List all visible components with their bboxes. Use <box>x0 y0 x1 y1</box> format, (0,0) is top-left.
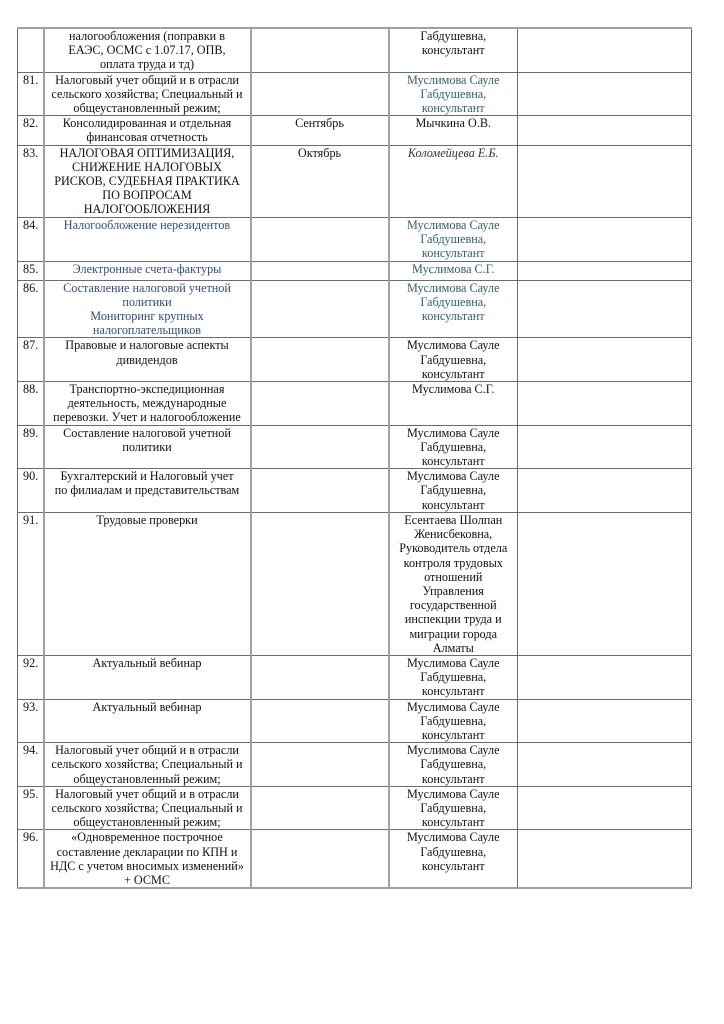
seminar-notes <box>518 145 692 217</box>
seminar-month <box>251 786 389 830</box>
table-row: 94.Налоговый учет общий и в отраслисельс… <box>18 743 692 787</box>
seminar-notes <box>518 786 692 830</box>
seminar-month <box>251 28 389 72</box>
seminar-month <box>251 382 389 426</box>
document-page: налогообложения (поправки вЕАЭС, ОСМС с … <box>0 0 724 1024</box>
seminar-speaker-line: Габдушевна, <box>392 757 516 771</box>
seminar-speaker-line: консультант <box>392 684 516 698</box>
table-row: 84.Налогообложение нерезидентовМуслимова… <box>18 217 692 261</box>
seminar-speaker-line: консультант <box>392 815 516 829</box>
seminar-topic-line: Актуальный вебинар <box>47 700 248 714</box>
seminar-topic-line: сельского хозяйства; Специальный и <box>47 757 248 771</box>
seminar-speaker-line: консультант <box>392 498 516 512</box>
seminar-topic-line: деятельность, международные <box>47 396 248 410</box>
seminar-topic-line: Составление налоговой учетной <box>47 281 248 295</box>
seminar-topic: Актуальный вебинар <box>44 655 251 699</box>
table-row: 82.Консолидированная и отдельнаяфинансов… <box>18 116 692 145</box>
seminar-notes <box>518 655 692 699</box>
row-number: 93. <box>18 699 44 743</box>
seminar-month <box>251 217 389 261</box>
row-number: 92. <box>18 655 44 699</box>
seminar-topic: Актуальный вебинар <box>44 699 251 743</box>
seminar-speaker-line: Управления <box>392 584 516 598</box>
seminar-speaker: Муслимова СаулеГабдушевна,консультант <box>389 786 518 830</box>
seminar-schedule-table: налогообложения (поправки вЕАЭС, ОСМС с … <box>17 27 692 889</box>
seminar-speaker-line: Муслимова С.Г. <box>392 382 516 396</box>
seminar-speaker-line: Габдушевна, <box>392 232 516 246</box>
seminar-notes <box>518 28 692 72</box>
seminar-notes <box>518 699 692 743</box>
table-row: 81.Налоговый учет общий и в отраслисельс… <box>18 72 692 116</box>
seminar-speaker-line: Женисбековна, <box>392 527 516 541</box>
seminar-topic-line: политики <box>47 440 248 454</box>
seminar-speaker-line: Муслимова Сауле <box>392 787 516 801</box>
seminar-topic-line: Трудовые проверки <box>47 513 248 527</box>
seminar-month <box>251 655 389 699</box>
seminar-topic: Составление налоговой учетнойполитикиМон… <box>44 280 251 338</box>
seminar-topic: Составление налоговой учетнойполитики <box>44 425 251 469</box>
table-row: 89.Составление налоговой учетнойполитики… <box>18 425 692 469</box>
seminar-speaker-line: Габдушевна, <box>392 483 516 497</box>
seminar-topic-line: ПО ВОПРОСАМ <box>47 188 248 202</box>
seminar-speaker-line: Мычкина О.В. <box>392 116 516 130</box>
seminar-topic-line: Консолидированная и отдельная <box>47 116 248 130</box>
seminar-notes <box>518 382 692 426</box>
seminar-month <box>251 280 389 338</box>
seminar-topic-line: Актуальный вебинар <box>47 656 248 670</box>
seminar-speaker-line: Габдушевна, <box>392 714 516 728</box>
seminar-speaker-line: Муслимова С.Г. <box>392 262 516 276</box>
seminar-topic-line: налогоплательщиков <box>47 323 248 337</box>
seminar-speaker-line: Муслимова Сауле <box>392 338 516 352</box>
seminar-speaker: Муслимова СаулеГабдушевна,консультант <box>389 338 518 382</box>
seminar-speaker: Муслимова СаулеГабдушевна,консультант <box>389 469 518 513</box>
table-row: 85.Электронные счета-фактурыМуслимова С.… <box>18 261 692 280</box>
seminar-speaker: Муслимова СаулеГабдушевна,консультант <box>389 830 518 888</box>
row-number: 89. <box>18 425 44 469</box>
seminar-topic-line: Налоговый учет общий и в отрасли <box>47 73 248 87</box>
seminar-speaker-line: Муслимова Сауле <box>392 426 516 440</box>
seminar-topic-line: общеустановленный режим; <box>47 101 248 115</box>
seminar-speaker-line: Муслимова Сауле <box>392 700 516 714</box>
seminar-month: Октябрь <box>251 145 389 217</box>
seminar-speaker: Муслимова СаулеГабдушевна,консультант <box>389 699 518 743</box>
seminar-speaker-line: Есентаева Шолпан <box>392 513 516 527</box>
seminar-topic-line: финансовая отчетность <box>47 130 248 144</box>
row-number: 84. <box>18 217 44 261</box>
seminar-topic-line: Налогообложение нерезидентов <box>47 218 248 232</box>
seminar-topic-line: НАЛОГОВАЯ ОПТИМИЗАЦИЯ, <box>47 146 248 160</box>
seminar-topic: Электронные счета-фактуры <box>44 261 251 280</box>
seminar-month <box>251 830 389 888</box>
seminar-topic: «Одновременное построчноесоставление дек… <box>44 830 251 888</box>
seminar-topic-line: Правовые и налоговые аспекты <box>47 338 248 352</box>
seminar-month <box>251 338 389 382</box>
table-row: 86.Составление налоговой учетнойполитики… <box>18 280 692 338</box>
seminar-topic-line: Налоговый учет общий и в отрасли <box>47 787 248 801</box>
seminar-speaker-line: Габдушевна, <box>392 801 516 815</box>
seminar-notes <box>518 469 692 513</box>
seminar-topic-line: ЕАЭС, ОСМС с 1.07.17, ОПВ, <box>47 43 248 57</box>
table-row: 96.«Одновременное построчноесоставление … <box>18 830 692 888</box>
seminar-topic-line: оплата труда и тд) <box>47 57 248 71</box>
seminar-notes <box>518 830 692 888</box>
seminar-speaker: Муслимова СаулеГабдушевна,консультант <box>389 217 518 261</box>
seminar-month <box>251 261 389 280</box>
seminar-speaker-line: Муслимова Сауле <box>392 281 516 295</box>
seminar-speaker-line: Муслимова Сауле <box>392 469 516 483</box>
table-row: налогообложения (поправки вЕАЭС, ОСМС с … <box>18 28 692 72</box>
seminar-topic-line: СНИЖЕНИЕ НАЛОГОВЫХ <box>47 160 248 174</box>
seminar-speaker-line: Габдушевна, <box>392 295 516 309</box>
seminar-topic-line: НДС с учетом вносимых изменений» <box>47 859 248 873</box>
seminar-topic: НАЛОГОВАЯ ОПТИМИЗАЦИЯ,СНИЖЕНИЕ НАЛОГОВЫХ… <box>44 145 251 217</box>
seminar-notes <box>518 512 692 655</box>
seminar-speaker-line: Коломейцева Е.Б. <box>392 146 516 160</box>
seminar-topic-line: общеустановленный режим; <box>47 815 248 829</box>
seminar-notes <box>518 72 692 116</box>
seminar-month <box>251 699 389 743</box>
seminar-speaker: Муслимова С.Г. <box>389 261 518 280</box>
seminar-topic-line: + ОСМС <box>47 873 248 887</box>
seminar-topic: Налоговый учет общий и в отраслисельског… <box>44 72 251 116</box>
seminar-speaker-line: Габдушевна, <box>392 440 516 454</box>
seminar-topic-line: общеустановленный режим; <box>47 772 248 786</box>
seminar-topic-line: налогообложения (поправки в <box>47 29 248 43</box>
seminar-speaker-line: консультант <box>392 246 516 260</box>
row-number: 94. <box>18 743 44 787</box>
seminar-topic-line: Налоговый учет общий и в отрасли <box>47 743 248 757</box>
seminar-topic-line: НАЛОГООБЛОЖЕНИЯ <box>47 202 248 216</box>
seminar-topic-line: сельского хозяйства; Специальный и <box>47 801 248 815</box>
seminar-topic-line: сельского хозяйства; Специальный и <box>47 87 248 101</box>
seminar-speaker-line: консультант <box>392 101 516 115</box>
seminar-speaker-line: консультант <box>392 309 516 323</box>
row-number: 96. <box>18 830 44 888</box>
seminar-speaker-line: контроля трудовых <box>392 556 516 570</box>
seminar-topic-line: Транспортно-экспедиционная <box>47 382 248 396</box>
seminar-topic-line: «Одновременное построчное <box>47 830 248 844</box>
seminar-speaker: Есентаева ШолпанЖенисбековна,Руководител… <box>389 512 518 655</box>
table-row: 92.Актуальный вебинарМуслимова СаулеГабд… <box>18 655 692 699</box>
seminar-speaker-line: государственной <box>392 598 516 612</box>
seminar-topic-line: составление декларации по КПН и <box>47 845 248 859</box>
seminar-topic: Бухгалтерский и Налоговый учетпо филиала… <box>44 469 251 513</box>
seminar-speaker: Муслимова СаулеГабдушевна,консультант <box>389 72 518 116</box>
seminar-notes <box>518 116 692 145</box>
schedule-table-body: налогообложения (поправки вЕАЭС, ОСМС с … <box>18 28 692 888</box>
row-number: 91. <box>18 512 44 655</box>
seminar-speaker-line: консультант <box>392 43 516 57</box>
seminar-speaker-line: Габдушевна, <box>392 845 516 859</box>
seminar-speaker: Муслимова С.Г. <box>389 382 518 426</box>
seminar-topic-line: Бухгалтерский и Налоговый учет <box>47 469 248 483</box>
seminar-topic-line: Электронные счета-фактуры <box>47 262 248 276</box>
seminar-speaker-line: Муслимова Сауле <box>392 218 516 232</box>
seminar-speaker-line: Муслимова Сауле <box>392 73 516 87</box>
seminar-speaker: Муслимова СаулеГабдушевна,консультант <box>389 425 518 469</box>
seminar-notes <box>518 743 692 787</box>
seminar-notes <box>518 280 692 338</box>
seminar-month: Сентябрь <box>251 116 389 145</box>
seminar-speaker-line: Муслимова Сауле <box>392 656 516 670</box>
seminar-notes <box>518 217 692 261</box>
seminar-speaker-line: Муслимова Сауле <box>392 743 516 757</box>
table-row: 91.Трудовые проверкиЕсентаева ШолпанЖени… <box>18 512 692 655</box>
seminar-topic-line: по филиалам и представительствам <box>47 483 248 497</box>
seminar-notes <box>518 425 692 469</box>
seminar-month <box>251 425 389 469</box>
seminar-speaker: Мычкина О.В. <box>389 116 518 145</box>
seminar-topic: Правовые и налоговые аспектыдивидендов <box>44 338 251 382</box>
row-number: 86. <box>18 280 44 338</box>
table-row: 87.Правовые и налоговые аспектыдивидендо… <box>18 338 692 382</box>
row-number: 81. <box>18 72 44 116</box>
seminar-speaker-line: Алматы <box>392 641 516 655</box>
seminar-speaker: Габдушевна,консультант <box>389 28 518 72</box>
seminar-topic: Налогообложение нерезидентов <box>44 217 251 261</box>
seminar-topic: Налоговый учет общий и в отраслисельског… <box>44 786 251 830</box>
seminar-speaker: Муслимова СаулеГабдушевна,консультант <box>389 743 518 787</box>
seminar-topic-line: перевозки. Учет и налогообложение <box>47 410 248 424</box>
seminar-speaker-line: консультант <box>392 728 516 742</box>
seminar-topic-line: Составление налоговой учетной <box>47 426 248 440</box>
seminar-speaker-line: консультант <box>392 859 516 873</box>
seminar-topic: Налоговый учет общий и в отраслисельског… <box>44 743 251 787</box>
row-number <box>18 28 44 72</box>
seminar-speaker-line: миграции города <box>392 627 516 641</box>
seminar-notes <box>518 261 692 280</box>
seminar-topic: Консолидированная и отдельнаяфинансовая … <box>44 116 251 145</box>
seminar-speaker-line: консультант <box>392 772 516 786</box>
row-number: 83. <box>18 145 44 217</box>
seminar-topic-line: Мониторинг крупных <box>47 309 248 323</box>
seminar-speaker-line: консультант <box>392 454 516 468</box>
seminar-month <box>251 743 389 787</box>
seminar-topic: Транспортно-экспедиционнаядеятельность, … <box>44 382 251 426</box>
seminar-topic: налогообложения (поправки вЕАЭС, ОСМС с … <box>44 28 251 72</box>
seminar-speaker-line: консультант <box>392 367 516 381</box>
seminar-speaker: Коломейцева Е.Б. <box>389 145 518 217</box>
seminar-speaker-line: отношений <box>392 570 516 584</box>
seminar-speaker-line: Габдушевна, <box>392 87 516 101</box>
seminar-month <box>251 512 389 655</box>
seminar-speaker-line: Габдушевна, <box>392 353 516 367</box>
row-number: 82. <box>18 116 44 145</box>
row-number: 87. <box>18 338 44 382</box>
seminar-month <box>251 469 389 513</box>
seminar-speaker-line: Габдушевна, <box>392 29 516 43</box>
row-number: 95. <box>18 786 44 830</box>
row-number: 88. <box>18 382 44 426</box>
seminar-speaker-line: Руководитель отдела <box>392 541 516 555</box>
table-row: 93.Актуальный вебинарМуслимова СаулеГабд… <box>18 699 692 743</box>
table-row: 83.НАЛОГОВАЯ ОПТИМИЗАЦИЯ,СНИЖЕНИЕ НАЛОГО… <box>18 145 692 217</box>
table-row: 90.Бухгалтерский и Налоговый учетпо фили… <box>18 469 692 513</box>
seminar-topic-line: политики <box>47 295 248 309</box>
seminar-speaker-line: Муслимова Сауле <box>392 830 516 844</box>
seminar-topic: Трудовые проверки <box>44 512 251 655</box>
table-row: 95.Налоговый учет общий и в отраслисельс… <box>18 786 692 830</box>
seminar-month <box>251 72 389 116</box>
seminar-notes <box>518 338 692 382</box>
seminar-speaker-line: Габдушевна, <box>392 670 516 684</box>
row-number: 90. <box>18 469 44 513</box>
row-number: 85. <box>18 261 44 280</box>
seminar-topic-line: РИСКОВ, СУДЕБНАЯ ПРАКТИКА <box>47 174 248 188</box>
seminar-topic-line: дивидендов <box>47 353 248 367</box>
seminar-speaker-line: инспекции труда и <box>392 612 516 626</box>
seminar-speaker: Муслимова СаулеГабдушевна,консультант <box>389 655 518 699</box>
table-row: 88.Транспортно-экспедиционнаядеятельност… <box>18 382 692 426</box>
seminar-speaker: Муслимова СаулеГабдушевна,консультант <box>389 280 518 338</box>
